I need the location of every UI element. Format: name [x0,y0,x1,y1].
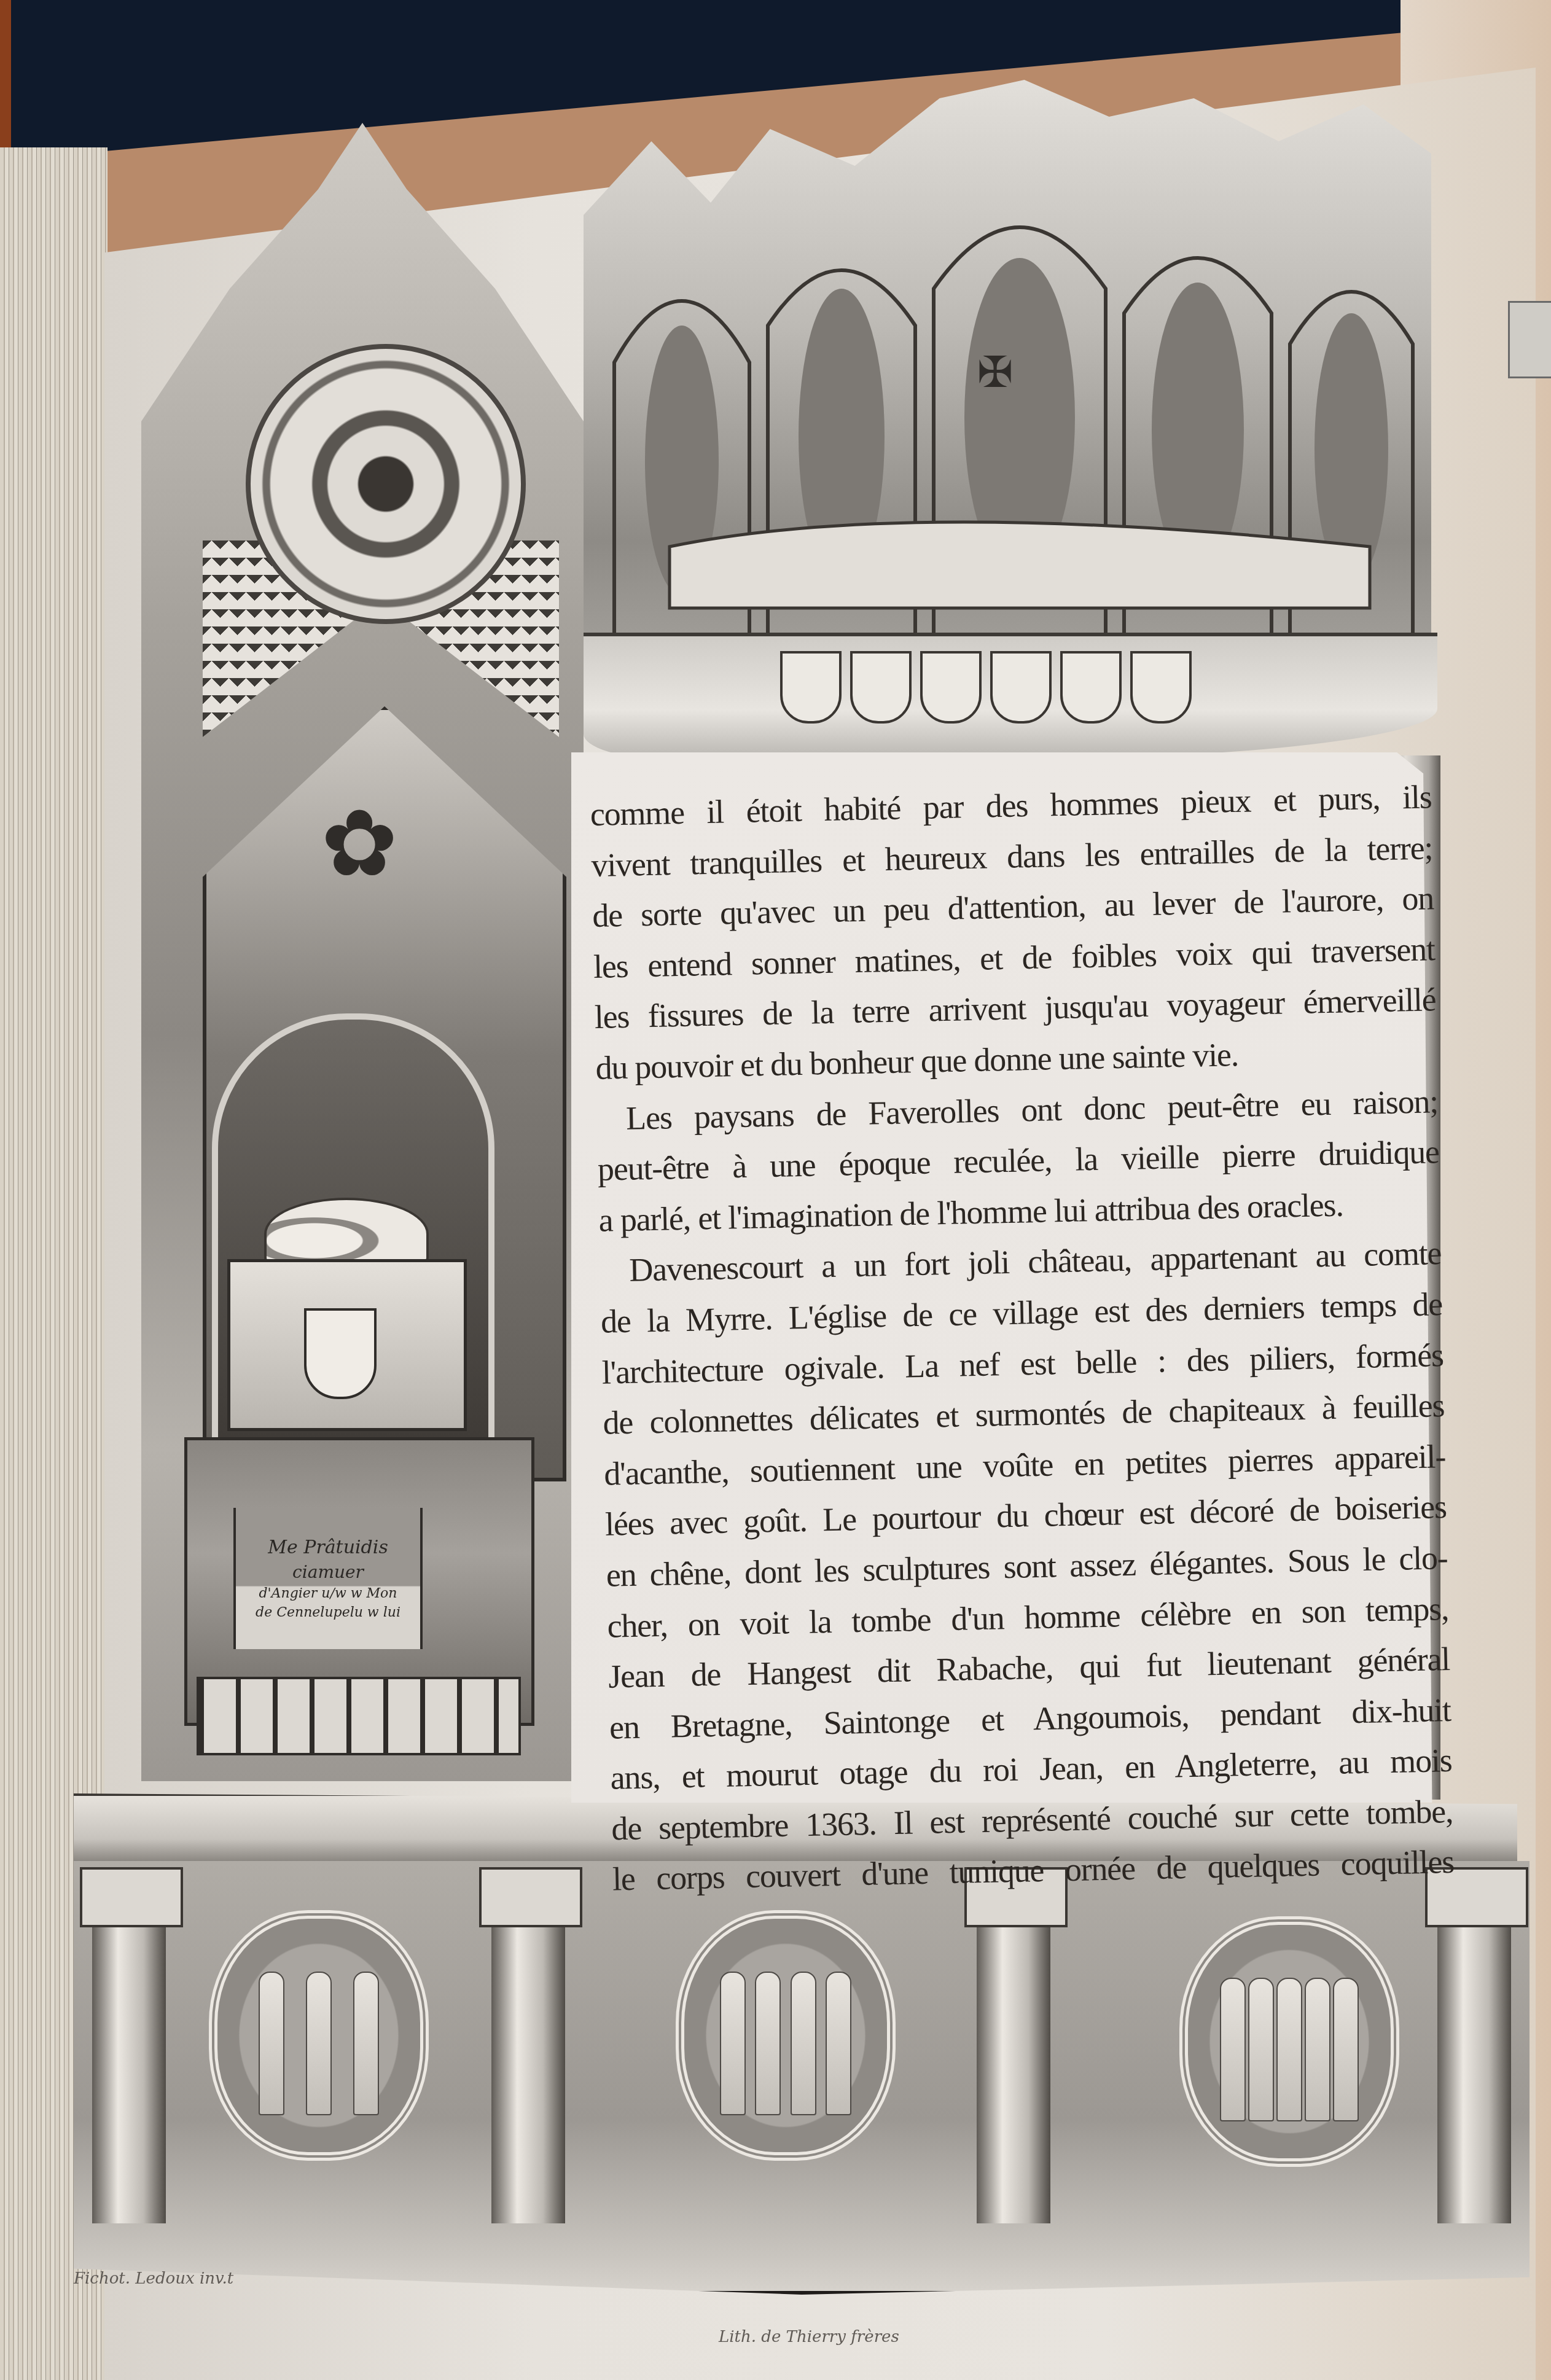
six-petal-flower-icon: ✿ [313,798,405,891]
figure [826,1972,851,2115]
quatrefoil-relief-2 [676,1910,896,2161]
base-column [977,1879,1050,2223]
coat-of-arms-icon [1060,651,1122,724]
base-column [491,1879,565,2223]
relief-figures [1219,1962,1360,2121]
body-text: comme il étoit habité par des hommes pie… [590,771,1455,1905]
figure [1276,1978,1302,2121]
rose-window-icon [246,344,526,624]
column-capital [479,1867,582,1927]
plaque-line: Me Prâtuidis [268,1537,388,1558]
figure [353,1972,379,2115]
coat-of-arms-icon [1130,651,1192,724]
relief-figures [715,1956,856,2115]
plaque-line: d'Angier u/w w Mon [259,1586,397,1601]
figure [306,1972,332,2115]
coat-of-arms-icon [780,651,842,724]
coat-of-arms-icon [990,651,1052,724]
heraldic-shields-row [780,651,1284,725]
book-photo: ✠ ✿ Me Prâtuidis ciamuer d'Angier u/w w … [0,0,1551,2380]
base-column [92,1879,166,2223]
artist-credit: Fichot. Ledoux inv.t [74,2269,233,2288]
quatrefoil-relief-3 [1179,1916,1399,2167]
figure [1220,1978,1246,2121]
plaque-line: ciamuer [292,1562,364,1582]
relief-figures [248,1956,389,2115]
base-column [1437,1879,1511,2223]
coat-of-arms-icon [920,651,982,724]
figure [1248,1978,1274,2121]
figure [791,1972,816,2115]
column-capital [80,1867,183,1927]
plaque-line: de Cennelupelu w lui [256,1605,400,1620]
printer-credit: Lith. de Thierry frères [719,2328,899,2346]
coat-of-arms-icon [850,651,912,724]
figure [259,1972,284,2115]
figure [1305,1978,1330,2121]
blind-arcade [197,1677,521,1755]
shield-icon [304,1308,377,1399]
figure [755,1972,781,2115]
figure [1333,1978,1359,2121]
figure [720,1972,746,2115]
gothic-inscription-plaque: Me Prâtuidis ciamuer d'Angier u/w w Mon … [233,1508,423,1649]
quatrefoil-relief-1 [209,1910,429,2161]
svg-text:✠: ✠ [977,347,1014,397]
canopy-niches-with-monks: ✠ [602,203,1419,645]
